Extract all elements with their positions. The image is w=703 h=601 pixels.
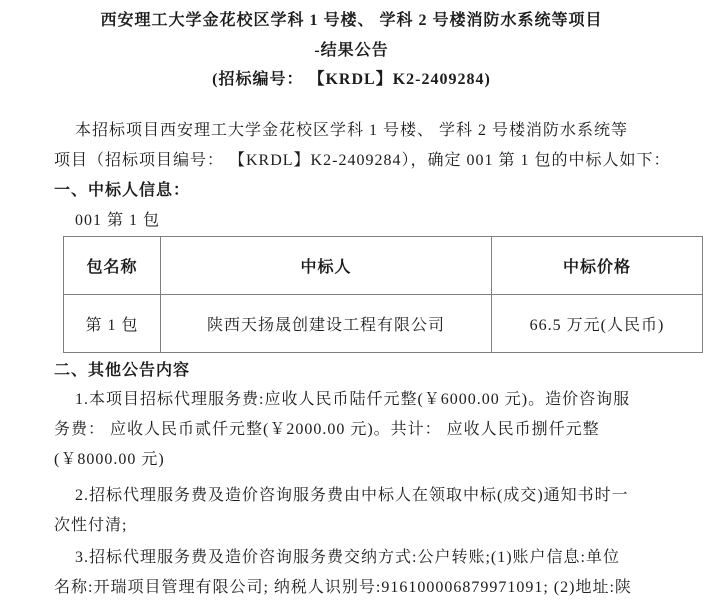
cell-winner-name: 陕西天扬晟创建设工程有限公司 [161, 295, 492, 353]
transfer-notice-line-2: 名称:开瑞项目管理有限公司; 纳税人识别号:916100006879971091… [54, 573, 676, 601]
fee-notice-line-2: 务费： 应收人民币贰仟元整(￥2000.00 元)。共计： 应收人民币捌仟元整 [54, 415, 676, 445]
col-header-package-name: 包名称 [64, 237, 161, 295]
payment-notice-line-2: 次性付清; [54, 511, 676, 541]
col-header-price: 中标价格 [492, 237, 703, 295]
document-body: 本招标项目西安理工大学金花校区学科 1 号楼、 学科 2 号楼消防水系统等 项目… [54, 116, 676, 601]
cell-package-name: 第 1 包 [64, 295, 161, 353]
col-header-winner: 中标人 [161, 237, 492, 295]
section-heading-winner-info: 一、中标人信息： [54, 176, 676, 206]
title-line-2: -结果公告 [0, 36, 703, 66]
title-line-1: 西安理工大学金花校区学科 1 号楼、 学科 2 号楼消防水系统等项目 [0, 6, 703, 36]
intro-line-1: 本招标项目西安理工大学金花校区学科 1 号楼、 学科 2 号楼消防水系统等 [54, 116, 676, 146]
document-header: 西安理工大学金花校区学科 1 号楼、 学科 2 号楼消防水系统等项目 -结果公告… [0, 0, 703, 94]
section-heading-other-content: 二、其他公告内容 [54, 357, 676, 385]
table-row: 第 1 包 陕西天扬晟创建设工程有限公司 66.5 万元(人民币) [64, 295, 703, 353]
fee-notice-line-1: 1.本项目招标代理服务费:应收人民币陆仟元整(￥6000.00 元)。造价咨询服 [54, 385, 676, 415]
winner-table: 包名称 中标人 中标价格 第 1 包 陕西天扬晟创建设工程有限公司 66.5 万… [63, 236, 703, 353]
cell-price: 66.5 万元(人民币) [492, 295, 703, 353]
intro-line-2: 项目（招标项目编号： 【KRDL】K2-2409284），确定 001 第 1 … [54, 146, 676, 176]
package-label: 001 第 1 包 [54, 206, 676, 236]
payment-notice-line-1: 2.招标代理服务费及造价咨询服务费由中标人在领取中标(成交)通知书时一 [54, 481, 676, 511]
result-announcement-document: 西安理工大学金花校区学科 1 号楼、 学科 2 号楼消防水系统等项目 -结果公告… [0, 0, 703, 601]
transfer-notice-line-1: 3.招标代理服务费及造价咨询服务费交纳方式:公户转账;(1)账户信息:单位 [54, 543, 676, 573]
winner-table-header-row: 包名称 中标人 中标价格 [64, 237, 703, 295]
fee-notice-line-3: (￥8000.00 元) [54, 445, 676, 475]
tender-number-line: (招标编号： 【KRDL】K2-2409284) [0, 66, 703, 94]
